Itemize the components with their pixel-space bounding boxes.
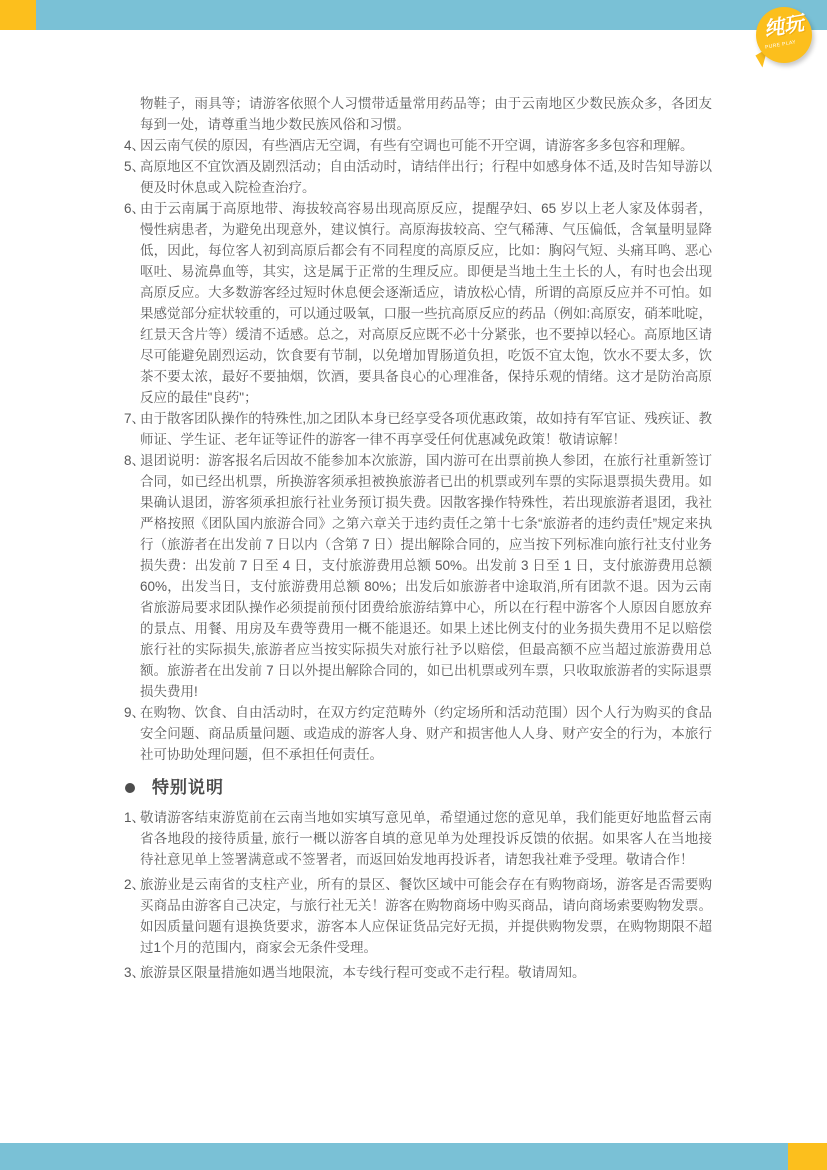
- bottom-bar: [0, 1143, 827, 1170]
- notice-item-7: 7、 由于散客团队操作的特殊性,加之团队本身已经享受各项优惠政策，故如持有军官证…: [124, 408, 712, 450]
- special-item-2: 2、 旅游业是云南省的支柱产业，所有的景区、餐饮区域中可能会存在有购物商场，游客…: [124, 874, 712, 958]
- item-text: 在购物、饮食、自由活动时，在双方约定范畴外（约定场所和活动范围）因个人行为购买的…: [140, 705, 712, 762]
- item-text: 旅游业是云南省的支柱产业，所有的景区、餐饮区域中可能会存在有购物商场，游客是否需…: [140, 877, 712, 955]
- notice-item-4: 4、 因云南气侯的原因，有些酒店无空调，有些有空调也可能不开空调，请游客多多包容…: [124, 135, 712, 156]
- top-bar-accent: [0, 0, 36, 30]
- item-number: 2、: [124, 874, 145, 895]
- bottom-bar-accent: [788, 1143, 827, 1170]
- notice-item-9: 9、 在购物、饮食、自由活动时，在双方约定范畴外（约定场所和活动范围）因个人行为…: [124, 702, 712, 765]
- item-number: 3、: [124, 962, 145, 983]
- notice-item-8: 8、 退团说明：游客报名后因故不能参加本次旅游，国内游可在出票前换人参团，在旅行…: [124, 450, 712, 702]
- item-text: 敬请游客结束游览前在云南当地如实填写意见单，希望通过您的意见单，我们能更好地监督…: [140, 810, 712, 867]
- item-number: 4、: [124, 135, 145, 156]
- item-number: 1、: [124, 807, 145, 828]
- item-text: 退团说明：游客报名后因故不能参加本次旅游，国内游可在出票前换人参团，在旅行社重新…: [140, 453, 712, 699]
- paragraph-text: 物鞋子，雨具等；请游客依照个人习惯带适量常用药品等；由于云南地区少数民族众多，各…: [140, 96, 712, 132]
- brand-logo: 纯玩 PURE PLAY: [756, 7, 814, 65]
- item-number: 7、: [124, 408, 145, 429]
- notice-item-6: 6、 由于云南属于高原地带、海拔较高容易出现高原反应，提醒孕妇、65 岁以上老人…: [124, 198, 712, 408]
- special-item-3: 3、 旅游景区限量措施如遇当地限流，本专线行程可变或不走行程。敬请周知。: [124, 962, 712, 983]
- item-text: 由于云南属于高原地带、海拔较高容易出现高原反应，提醒孕妇、65 岁以上老人家及体…: [140, 201, 712, 405]
- item-number: 6、: [124, 198, 145, 219]
- special-item-1: 1、 敬请游客结束游览前在云南当地如实填写意见单，希望通过您的意见单，我们能更好…: [124, 807, 712, 870]
- notice-item-5: 5、 高原地区不宜饮酒及剧烈活动；自由活动时，请结伴出行；行程中如感身体不适,及…: [124, 156, 712, 198]
- continuation-paragraph: 物鞋子，雨具等；请游客依照个人习惯带适量常用药品等；由于云南地区少数民族众多，各…: [124, 93, 712, 135]
- item-text: 高原地区不宜饮酒及剧烈活动；自由活动时，请结伴出行；行程中如感身体不适,及时告知…: [140, 159, 712, 195]
- section-bullet-icon: [125, 783, 135, 793]
- top-bar: [0, 0, 827, 30]
- item-text: 由于散客团队操作的特殊性,加之团队本身已经享受各项优惠政策，故如持有军官证、残疾…: [140, 411, 712, 447]
- notices-content: 物鞋子，雨具等；请游客依照个人习惯带适量常用药品等；由于云南地区少数民族众多，各…: [124, 93, 712, 987]
- section-title: 特别说明: [152, 777, 224, 798]
- special-section-header: 特别说明: [125, 777, 712, 798]
- item-number: 9、: [124, 702, 145, 723]
- item-number: 8、: [124, 450, 145, 471]
- item-text: 旅游景区限量措施如遇当地限流，本专线行程可变或不走行程。敬请周知。: [140, 965, 586, 980]
- item-number: 5、: [124, 156, 145, 177]
- document-page: 纯玩 PURE PLAY 物鞋子，雨具等；请游客依照个人习惯带适量常用药品等；由…: [0, 0, 827, 1170]
- item-text: 因云南气侯的原因，有些酒店无空调，有些有空调也可能不开空调，请游客多多包容和理解…: [140, 138, 694, 153]
